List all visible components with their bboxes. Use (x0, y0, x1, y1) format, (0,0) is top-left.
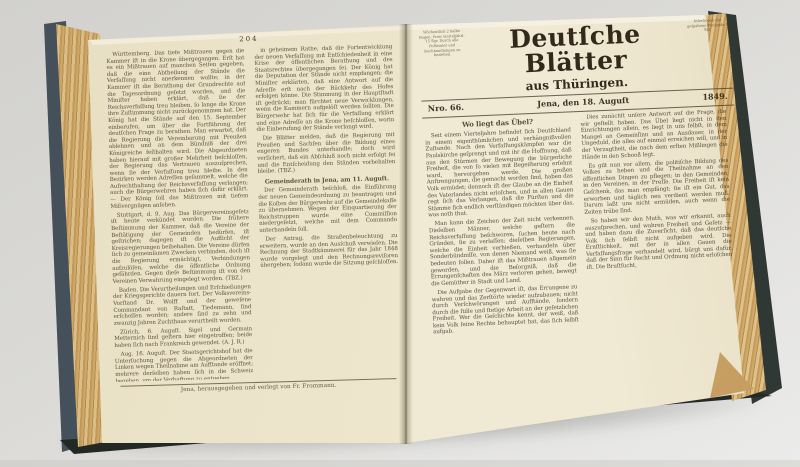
paragraph: Aug. 16. Auguſt. Der Staatsgerichtshof h… (115, 348, 254, 382)
paragraph: in geheimem Rathe, daß die Fortentwicklu… (254, 44, 394, 134)
left-page-column-1: Württemberg. Das tiefe Mißtrauen gegen d… (106, 48, 253, 382)
paragraph: Der Antrag, die Straßenbeleuchtung zu er… (259, 233, 398, 270)
paragraph: Man kann die Zeichen der Zeit nicht verk… (429, 216, 578, 288)
left-page-columns: Württemberg. Das tiefe Mißtrauen gegen d… (101, 44, 406, 382)
left-page-content: 204 Württemberg. Das tiefe Mißtrauen geg… (101, 27, 408, 417)
right-page-column-2: Dies zunächſt unſere Antwort auf die Fra… (580, 109, 737, 381)
paragraph: Es gilt nun vor allem, die politiſche Bi… (582, 157, 730, 216)
right-page-content: Wöchentlich 2 halbe Bogen. Preis viertel… (416, 14, 747, 399)
paragraph: Die Blätter melden, daß die Regierung mi… (257, 132, 396, 175)
subscription-note: Wöchentlich 2 halbe Bogen. Preis viertel… (419, 29, 466, 59)
paragraph: Der Gemeinderath beſchloß, die Einführun… (258, 184, 397, 234)
newspaper-title: Deutſche Blätter (464, 20, 686, 79)
paragraph: So haben wir den Muth, was wir erkannt, … (585, 213, 733, 272)
right-page-columns: Wo liegt das Übel? Seit einem Vierteljah… (420, 105, 747, 387)
year: 1849. (702, 91, 727, 102)
paragraph: Zürich, 6. Auguſt. Sigel und Germain Met… (114, 326, 252, 350)
paragraph: Dies zunächſt unſere Antwort auf die Fra… (580, 109, 728, 161)
paragraph: Die Aufgabe der Gegenwart iſt, das Errun… (431, 284, 579, 336)
dateline: Jena, den 18. Auguſt (537, 95, 629, 109)
paragraph: Seit einem Vierteljahre befindet ſich De… (425, 128, 574, 220)
paragraph: Stuttgart, d. 9. Aug. Das Bürgervereinsg… (111, 209, 251, 285)
right-page-column-1: Wo liegt das Übel? Seit einem Vierteljah… (424, 115, 581, 387)
left-page-column-2: in geheimem Rathe, daß die Fortentwicklu… (254, 44, 401, 378)
advert-price-note: Inſertionen die geſpaltene Petitzeile 1 … (684, 18, 731, 34)
masthead-title-block: Deutſche Blätter aus Thüringen. (464, 20, 687, 96)
paragraph: Württemberg. Das tiefe Mißtrauen gegen d… (106, 48, 248, 210)
newspaper-masthead: Wöchentlich 2 halbe Bogen. Preis viertel… (416, 14, 735, 98)
paragraph: Baden. Die Verurtheilungen und Erſchießu… (113, 284, 252, 327)
issue-number: Nro. 66. (428, 102, 465, 114)
